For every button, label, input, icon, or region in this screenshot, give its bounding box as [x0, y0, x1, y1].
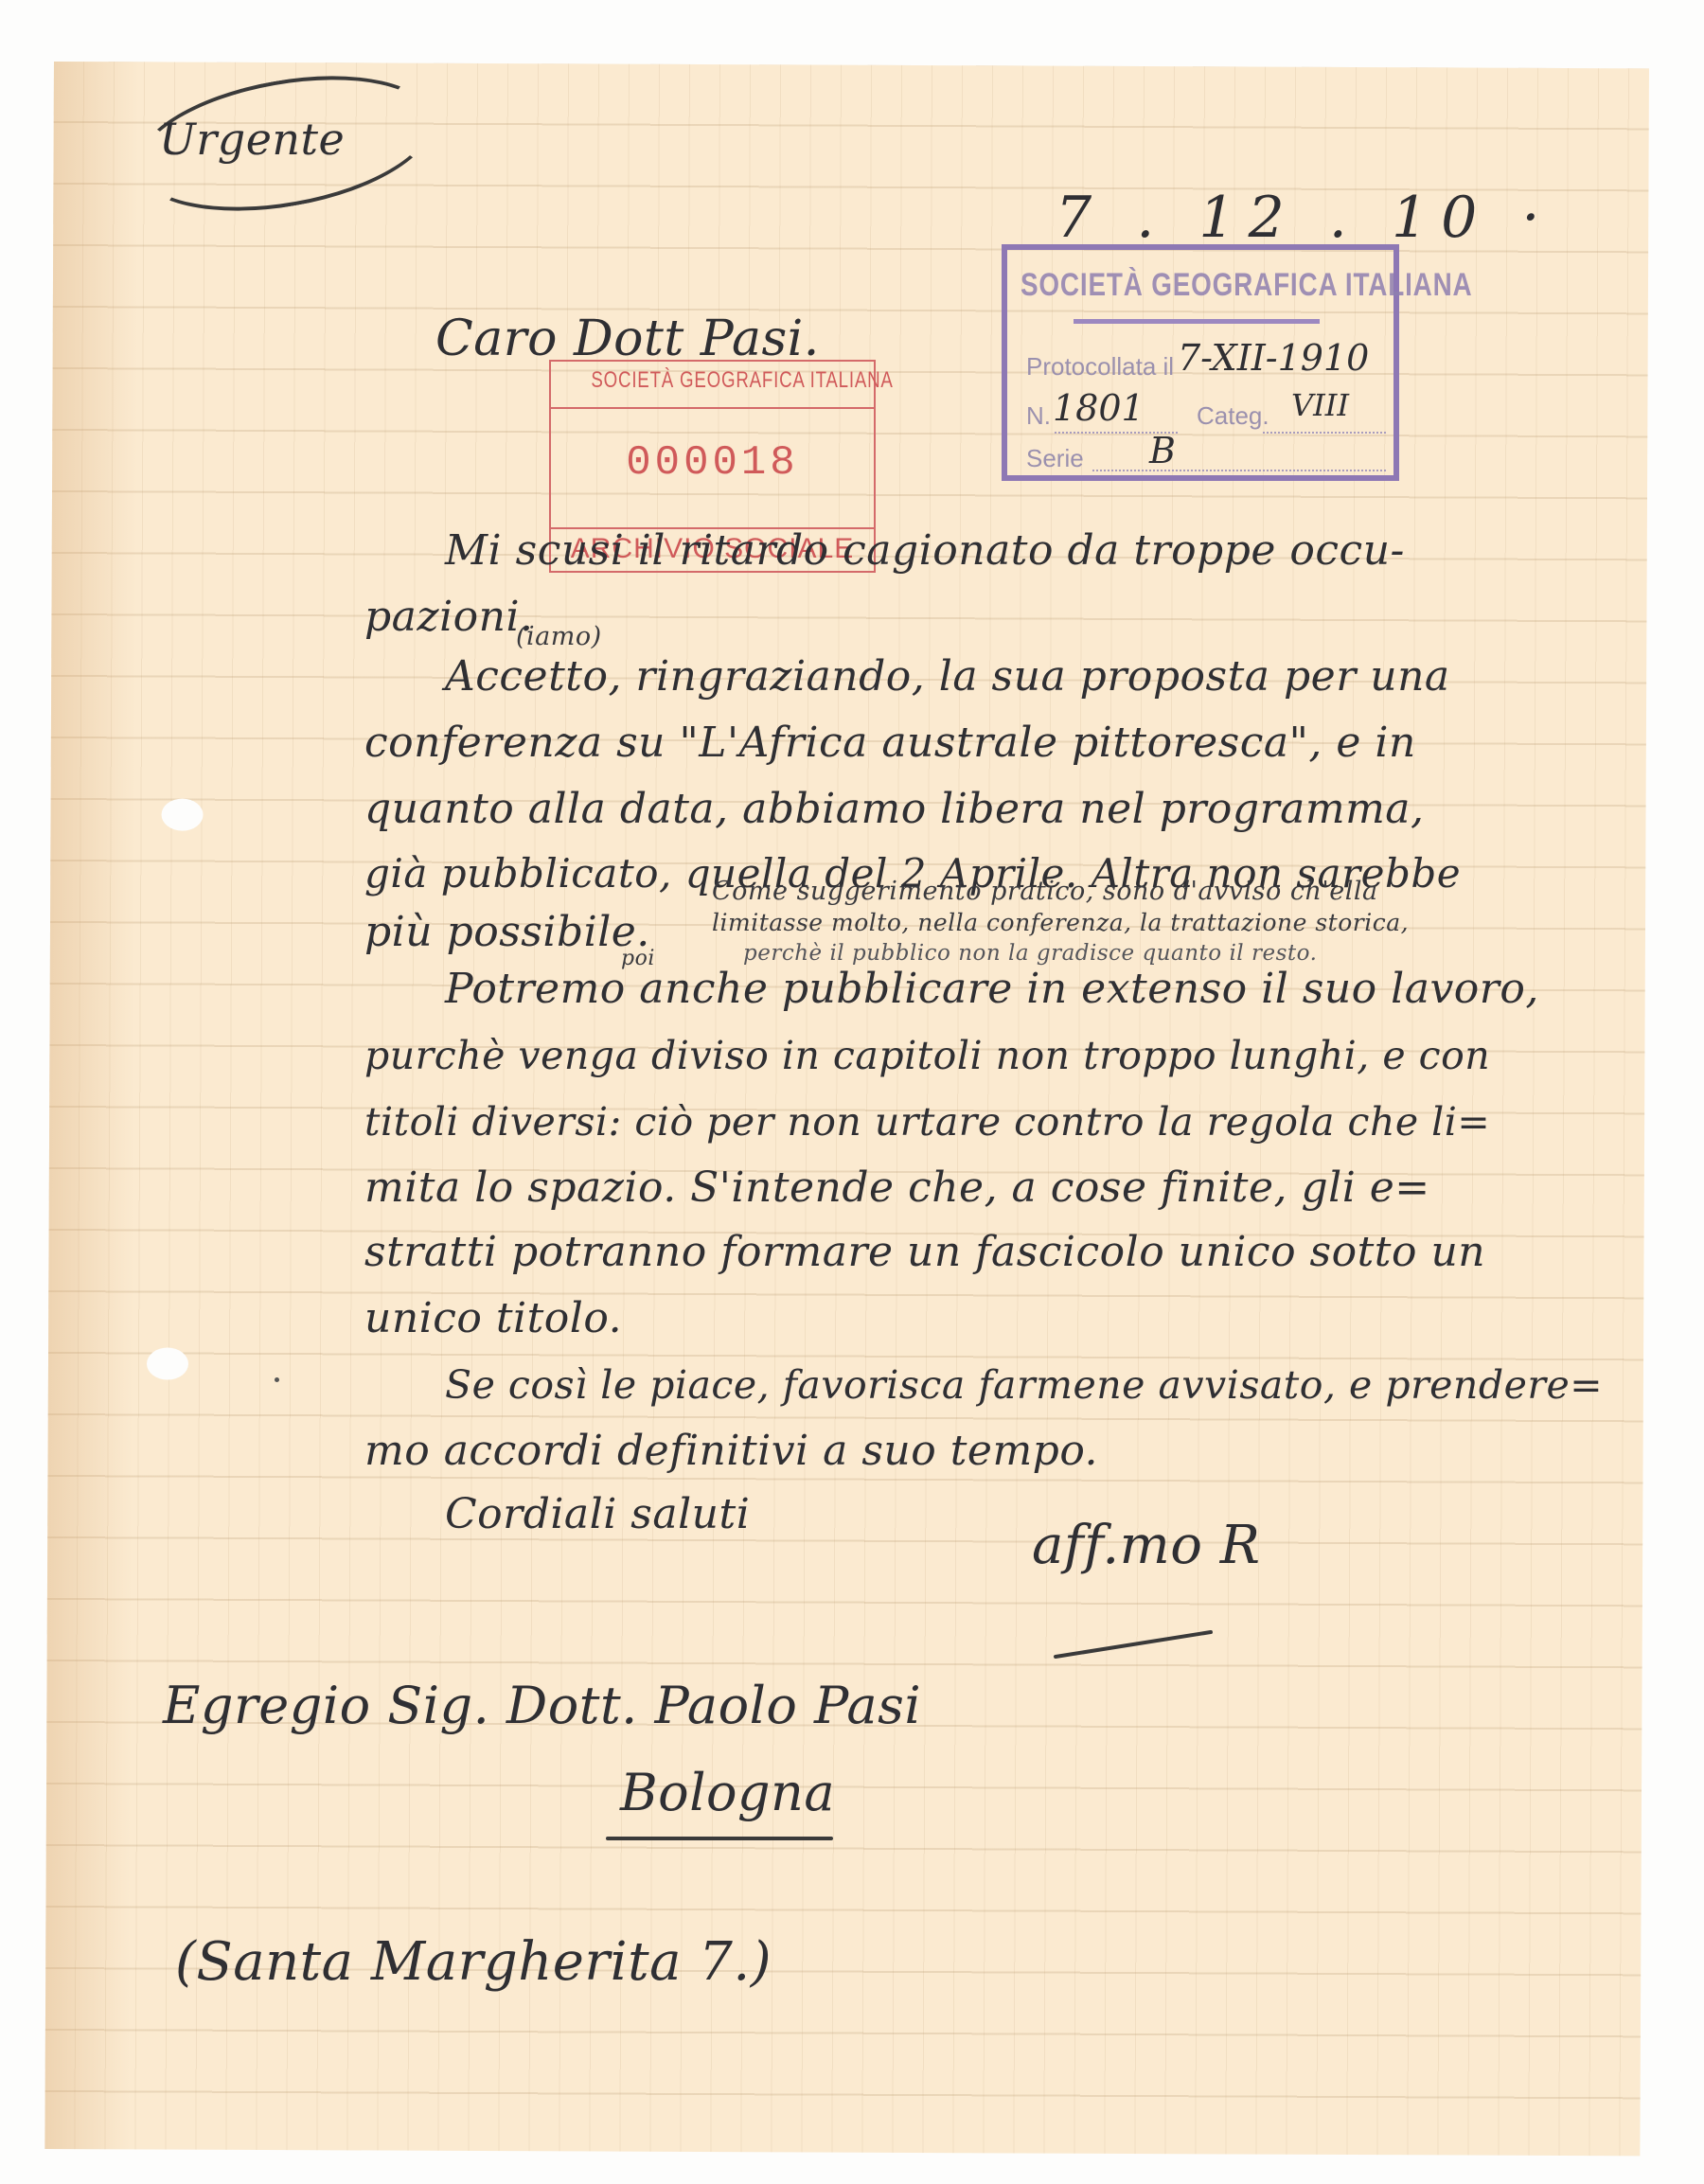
ink-speck — [275, 1377, 279, 1382]
body-line-13: unico titolo. — [364, 1290, 622, 1347]
archive-stamp-title: SOCIETÀ GEOGRAFICA ITALIANA — [591, 367, 835, 394]
address-city-underline — [606, 1837, 833, 1840]
body-line-3: Accetto, ringraziando, la sua proposta p… — [445, 648, 1450, 705]
protocol-category-value: VIII — [1291, 387, 1349, 423]
protocol-stamp: SOCIETÀ GEOGRAFICA ITALIANA Protocollata… — [1002, 244, 1399, 481]
protocol-number-label: N. — [1026, 401, 1051, 431]
body-line-12: stratti potranno formare un fascicolo un… — [364, 1224, 1485, 1281]
body-line-14: Se così le piace, favorisca farmene avvi… — [445, 1357, 1603, 1413]
body-line-1: Mi scusi il ritardo cagionato da troppe … — [445, 523, 1405, 579]
body-line-2: pazioni. — [364, 589, 534, 646]
protocol-number-value: 1801 — [1053, 387, 1145, 429]
protocol-category-label: Categ. — [1197, 401, 1269, 431]
letter-date: 7 . 12 . 10 · — [1056, 185, 1553, 251]
body-line-8-text: Potremo anche pubblicare in extenso il s… — [445, 965, 1539, 1013]
address-city: Bologna — [620, 1763, 835, 1822]
body-line-10: titoli diversi: ciò per non urtare contr… — [364, 1093, 1490, 1150]
protocol-series-value: B — [1149, 430, 1176, 471]
archive-stamp-number: 000018 — [551, 439, 874, 487]
body-line-15: mo accordi definitivi a suo tempo. — [364, 1423, 1098, 1480]
protocol-date-label: Protocollata il — [1026, 352, 1174, 382]
address-recipient: Egregio Sig. Dott. Paolo Pasi — [163, 1676, 921, 1735]
body-line-8: Potremo anche pubblicare in extenso il s… — [445, 961, 1539, 1018]
body-line-5: quanto alla data, abbiamo libera nel pro… — [364, 781, 1425, 838]
marginal-note-line-2: limitasse molto, nella conferenza, la tr… — [712, 909, 1409, 937]
body-line-4: conferenza su "L'Africa australe pittore… — [364, 715, 1416, 772]
protocol-series-label: Serie — [1026, 444, 1084, 473]
closing: Cordiali saluti — [445, 1486, 750, 1543]
body-line-7: più possibile. — [364, 904, 650, 961]
address-street: (Santa Margherita 7.) — [175, 1931, 772, 1993]
protocol-stamp-title: SOCIETÀ GEOGRAFICA ITALIANA — [1021, 267, 1473, 304]
protocol-category-line — [1263, 432, 1386, 434]
archive-stamp-divider-top — [551, 407, 874, 409]
punch-hole-top — [161, 799, 203, 831]
marginal-note-line-1: Come suggerimento pratico, sono d'avviso… — [712, 878, 1378, 906]
punch-hole-bottom — [147, 1347, 188, 1379]
urgent-note: Urgente — [159, 114, 345, 165]
insertion-mark: (iamo) — [516, 623, 602, 651]
protocol-stamp-rule — [1074, 319, 1320, 324]
salutation: Caro Dott Pasi. — [435, 311, 820, 367]
signature: aff.mo R — [1032, 1515, 1260, 1576]
body-line-9: purchè venga diviso in capitoli non trop… — [364, 1027, 1490, 1084]
protocol-series-line — [1092, 470, 1386, 471]
protocol-date-value: 7-XII-1910 — [1178, 337, 1369, 379]
body-line-11: mita lo spazio. S'intende che, a cose fi… — [364, 1160, 1430, 1216]
